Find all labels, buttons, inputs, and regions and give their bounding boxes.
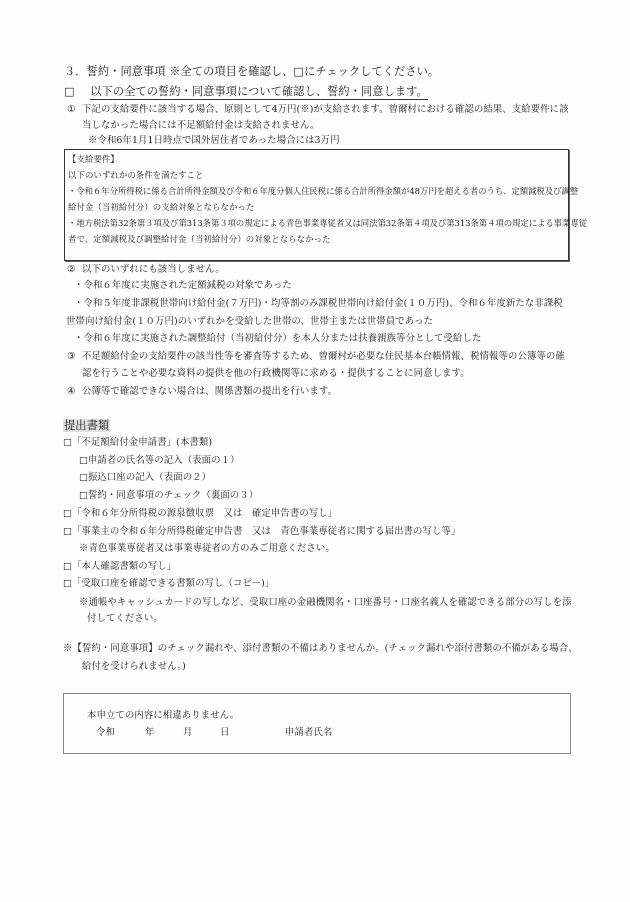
applicant-name-label: 申請者氏名 (285, 727, 332, 739)
date-day-label: 日 (220, 727, 229, 739)
item3-line1: 不足額給付金の支給要件の該当性等を審査等するため、曾爾村が必要な住民基本台帳情報… (82, 351, 565, 363)
item4-text: 公簿等で確認できない場合は、関係書類の提出を行います。 (82, 386, 337, 398)
date-year-label: 年 (145, 727, 154, 739)
item3-line2: 認を行うことや必要な資料の提供を他の行政機関等に求める・提供することに同意します… (82, 368, 470, 380)
item1-line2: 当しなかった場合には不足額給付金は支給されません。 (82, 120, 319, 132)
document-checkbox-item[interactable]: □「事業主の令和６年分所得税確定申告書 又は 青色事業専従者に関する届出書の写し… (63, 526, 460, 538)
item2-marker: ② (67, 264, 76, 276)
item2-bullet-continuation: 世帯向け給付金(１０万円)のいずれかを受給した世帯の、世帯主または世帯員であった (66, 316, 433, 328)
requirements-heading: 【支給要件】 (68, 154, 119, 165)
final-note-line1: ※【誓約・同意事項】のチェック漏れや、添付書類の不備はありませんか。(チェック漏… (63, 643, 578, 655)
document-checkbox-item[interactable]: □「本人確認書類の写し」 (63, 561, 176, 573)
item2-bullet: ・令和５年度非課税世帯向け給付金(７万円)・均等割のみ課税世帯向け給付金(１０万… (74, 298, 563, 310)
item1-note: ※令和6年1月1日時点で国外居住者であった場合には3万円 (88, 135, 340, 147)
item1-marker: ① (67, 104, 76, 116)
date-month-label: 月 (183, 727, 192, 739)
item4-marker: ④ (67, 386, 76, 398)
item2-bullet: ・令和６年度に実施された調整給付（当初給付分）を本人分または扶養親族等分として受… (74, 333, 481, 345)
document-checkbox-item[interactable]: □「受取口座を確認できる書類の写し（コピー)」 (63, 578, 274, 590)
requirement-bullet2-line2: 者で、定額減税及び調整給付金（当初給付分）の対象とならなかった (68, 234, 331, 245)
document-checkbox-item[interactable]: □「令和６年分所得税の源泉徴収票 又は 確定申告書の写し」 (63, 508, 337, 520)
date-era-label: 令和 (96, 727, 115, 739)
document-checkbox-item[interactable]: □「不足額給付金申請書」(本書類) (63, 437, 212, 449)
declaration-statement: 本申立ての内容に相違ありません。 (87, 710, 239, 722)
final-note-line2: 給付を受けられません。) (82, 661, 186, 673)
document-note: ※通帳やキャッシュカードの写しなど、受取口座の金融機関名・口座番号・口座名義人を… (79, 597, 572, 609)
document-checkbox-subitem[interactable]: □振込口座の記入（表面の２） (79, 472, 211, 484)
declaration-box (63, 693, 571, 754)
requirement-bullet1-line2: 給付金（当初給付分）の支給対象とならなかった (68, 202, 254, 213)
documents-heading-text: 提出書類 (63, 419, 110, 432)
section-title: ３．誓約・同意事項 ※全ての項目を確認し、□にチェックしてください。 (64, 65, 439, 79)
master-consent-checkbox[interactable]: □ (64, 85, 75, 99)
master-consent-row[interactable]: □ 以下の全ての誓約・同意事項について確認し、誓約・同意します。 (64, 85, 428, 99)
requirement-bullet1-line1: ・令和６年分所得税に係る合計所得金額及び令和６年度分個人住民税に係る合計所得金額… (68, 186, 578, 197)
item2-bullet: ・令和６年度に実施された定額減税の対象であった (74, 280, 292, 292)
document-note: ※青色事業専従者又は事業専従者の方のみご用意ください。 (79, 543, 335, 555)
requirement-bullet2-line1: ・地方税法第32条第３項及び第313条第３項の規定による青色事業専従者又は同法第… (68, 218, 587, 229)
item2-text: 以下のいずれにも該当しません。 (82, 264, 225, 276)
master-consent-label: 以下の全ての誓約・同意事項について確認し、誓約・同意します。 (90, 85, 428, 100)
document-note-continuation: 付してください。 (87, 613, 163, 625)
item1-line1: 下記の支給要件に該当する場合、原則として4万円(※)が支給されます。曾爾村におけ… (82, 104, 569, 116)
document-checkbox-subitem[interactable]: □申請者の氏名等の記入（表面の１） (79, 455, 240, 467)
item3-marker: ③ (67, 351, 76, 363)
document-checkbox-subitem[interactable]: □誓約・同意事項のチェック（裏面の３） (79, 490, 258, 502)
requirements-intro: 以下のいずれかの条件を満たすこと (68, 170, 204, 181)
documents-heading: 提出書類 (63, 419, 110, 433)
